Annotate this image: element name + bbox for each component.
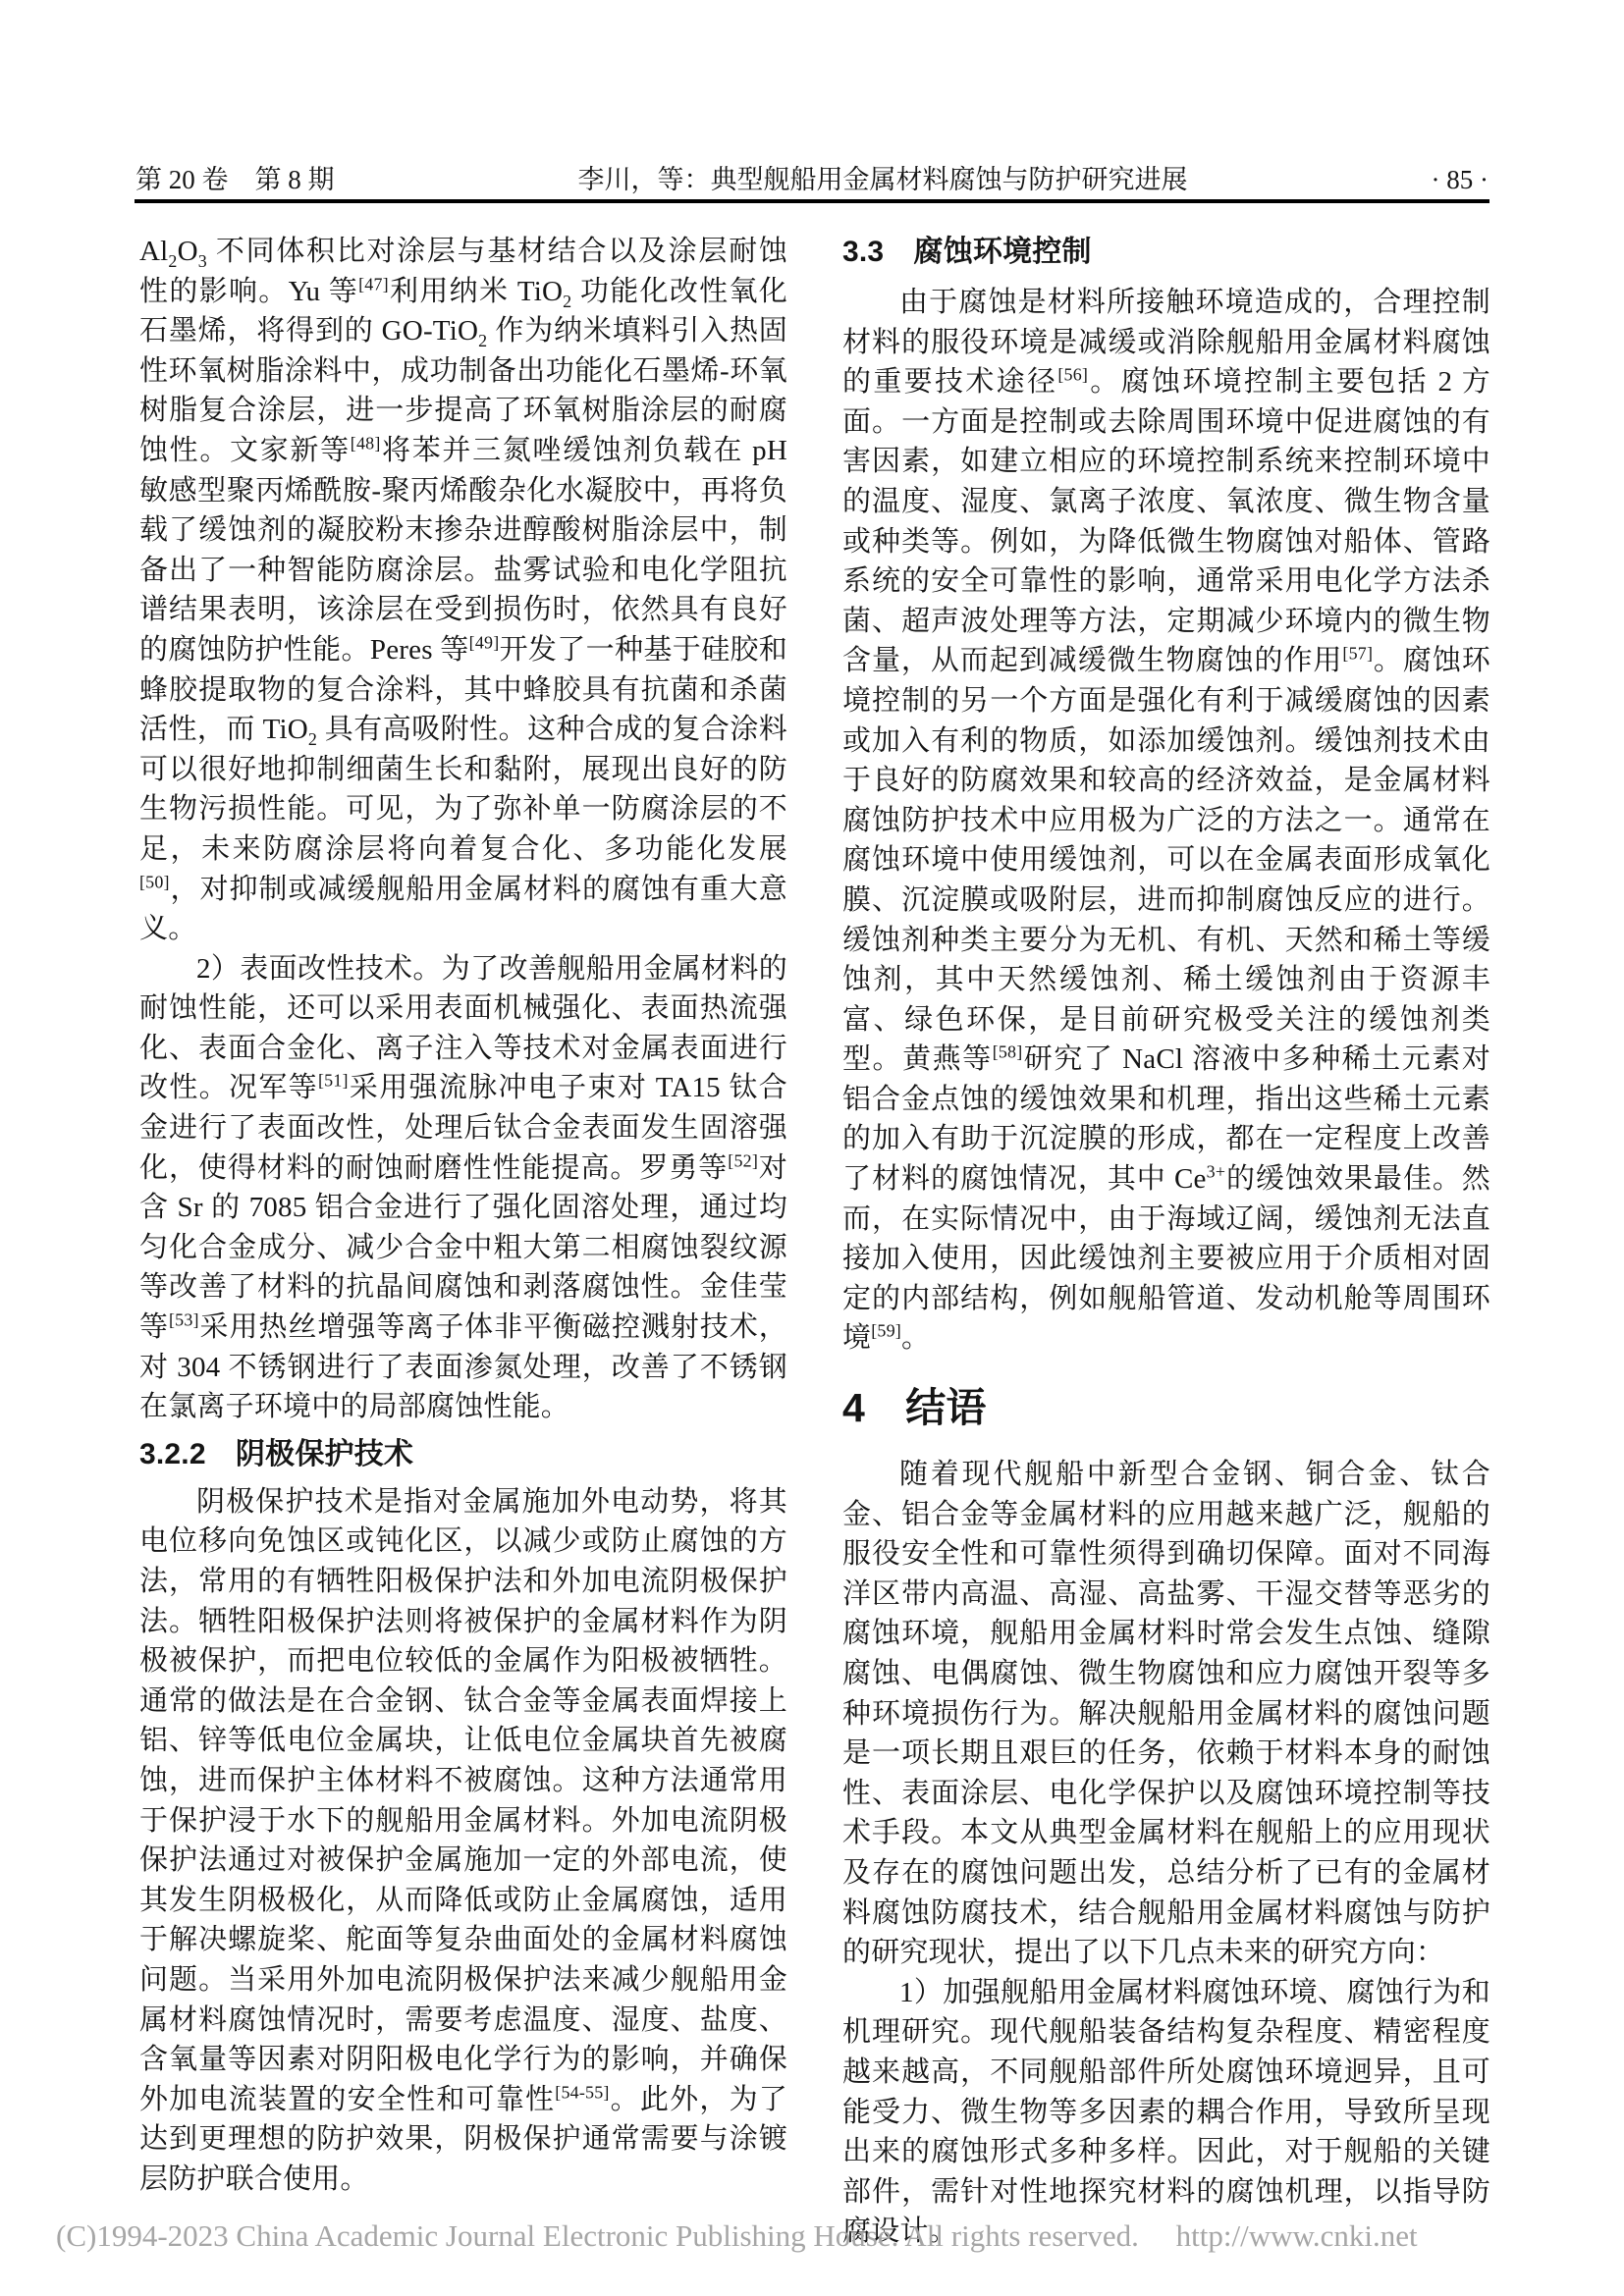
page-header: 第 20 卷 第 8 期 李川，等：典型舰船用金属材料腐蚀与防护研究进展 · 8… [135, 158, 1489, 196]
page-number: · 85 · [1432, 165, 1489, 195]
body-paragraph: 由于腐蚀是材料所接触环境造成的，合理控制材料的服役环境是减缓或消除舰船用金属材料… [842, 283, 1490, 1359]
page-footer: (C)1994-2023 China Academic Journal Elec… [56, 2218, 1418, 2254]
body-paragraph: 2）表面改性技术。为了改善舰船用金属材料的耐蚀性能，还可以采用表面机械强化、表面… [139, 949, 787, 1427]
body-paragraph: Al2O3 不同体积比对涂层与基材结合以及涂层耐蚀性的影响。Yu 等[47]利用… [139, 232, 787, 949]
header-rule [135, 199, 1489, 203]
cnki-url: http://www.cnki.net [1176, 2218, 1418, 2253]
body-paragraph: 阴极保护技术是指对金属施加外电动势，将其电位移向免蚀区或钝化区，以减少或防止腐蚀… [139, 1482, 787, 2200]
volume-issue-label: 第 20 卷 第 8 期 [135, 158, 335, 196]
section-heading-4: 4 结语 [842, 1384, 1490, 1431]
copyright-notice: (C)1994-2023 China Academic Journal Elec… [56, 2218, 1139, 2253]
running-head-title: 李川，等：典型舰船用金属材料腐蚀与防护研究进展 [578, 158, 1188, 196]
subsection-heading-322: 3.2.2 阴极保护技术 [139, 1434, 787, 1475]
right-column: 3.3 腐蚀环境控制 由于腐蚀是材料所接触环境造成的，合理控制材料的服役环境是减… [842, 232, 1490, 2252]
body-paragraph: 1）加强舰船用金属材料腐蚀环境、腐蚀行为和机理研究。现代舰船装备结构复杂程度、精… [842, 1973, 1490, 2252]
article-body: Al2O3 不同体积比对涂层与基材结合以及涂层耐蚀性的影响。Yu 等[47]利用… [139, 232, 1490, 2252]
body-paragraph: 随着现代舰船中新型合金钢、铜合金、钛合金、铝合金等金属材料的应用越来越广泛，舰船… [842, 1455, 1490, 1973]
journal-page-scan: 第 20 卷 第 8 期 李川，等：典型舰船用金属材料腐蚀与防护研究进展 · 8… [0, 0, 1624, 2296]
left-column: Al2O3 不同体积比对涂层与基材结合以及涂层耐蚀性的影响。Yu 等[47]利用… [139, 232, 787, 2252]
section-heading-33: 3.3 腐蚀环境控制 [842, 232, 1490, 273]
